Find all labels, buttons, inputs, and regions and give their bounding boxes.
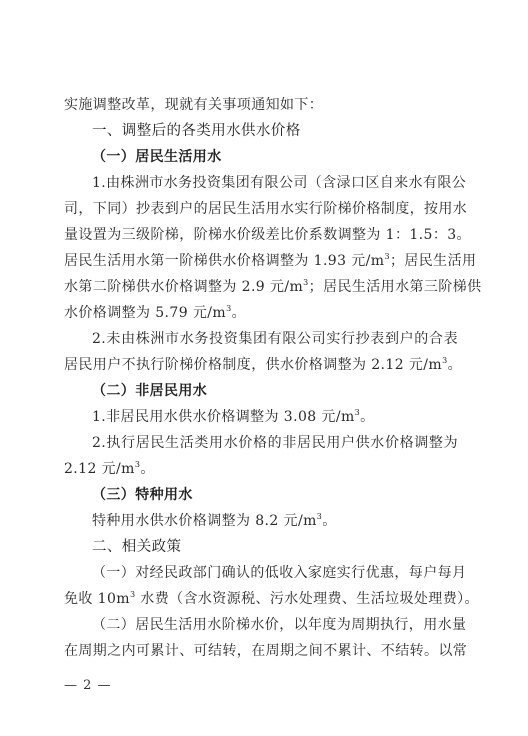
paragraph-line: 水价格调整为 5.79 元/m3。: [64, 300, 458, 326]
text-run: 。: [140, 461, 154, 477]
text-run: ；居民生活用水第三阶梯供: [309, 279, 482, 295]
section-heading-2: 二、相关政策: [64, 534, 458, 560]
text-run: 。: [232, 305, 246, 321]
paragraph-line: （一）对经民政部门确认的低收入家庭实行优惠，每户每月: [64, 560, 458, 586]
paragraph-line: 司，下同）抄表到户的居民生活用水实行阶梯价格制度，按用水: [64, 196, 458, 222]
document-page: 实施调整改革，现就有关事项通知如下： 一、调整后的各类用水供水价格 （一）居民生…: [0, 0, 528, 736]
text-run: 。: [448, 357, 462, 373]
paragraph-line: 居民生活用水第一阶梯供水价格调整为 1.93 元/m3；居民生活用: [64, 248, 458, 274]
subsection-heading-residential: （一）居民生活用水: [64, 144, 458, 170]
paragraph-line: 2.未由株洲市水务投资集团有限公司实行抄表到户的合表: [64, 326, 458, 352]
text-run: 水第二阶梯供水价格调整为 2.9 元/m: [64, 279, 303, 295]
paragraph-line: 1.非居民用水供水价格调整为 3.08 元/m3。: [64, 404, 458, 430]
paragraph-line: （二）居民生活用水阶梯水价，以年度为周期执行，用水量: [64, 612, 458, 638]
text-run: 特种用水供水价格调整为 8.2 元/m: [92, 513, 317, 529]
text-run: 水价格调整为 5.79 元/m: [64, 305, 226, 321]
paragraph-line: 水第二阶梯供水价格调整为 2.9 元/m3；居民生活用水第三阶梯供: [64, 274, 458, 300]
document-body: 实施调整改革，现就有关事项通知如下： 一、调整后的各类用水供水价格 （一）居民生…: [64, 92, 458, 664]
text-run: 。: [360, 409, 374, 425]
subsection-heading-nonresidential: （二）非居民用水: [64, 378, 458, 404]
text-run: 水费（含水资源税、污水处理费、生活垃圾处理费）。: [135, 591, 478, 607]
paragraph-line: 特种用水供水价格调整为 8.2 元/m3。: [64, 508, 458, 534]
intro-line: 实施调整改革，现就有关事项通知如下：: [64, 92, 458, 118]
text-run: 居民用户不执行阶梯价格制度，供水价格调整为 2.12 元/m: [64, 357, 442, 373]
text-run: 2.12 元/m: [64, 461, 135, 477]
text-run: 。: [322, 513, 336, 529]
text-run: 免收 10m: [64, 591, 130, 607]
text-run: 1.非居民用水供水价格调整为 3.08 元/m: [92, 409, 355, 425]
paragraph-line: 在周期之内可累计、可结转，在周期之间不累计、不结转。以常: [64, 638, 458, 664]
subsection-heading-special: （三）特种用水: [64, 482, 458, 508]
text-run: 居民生活用水第一阶梯供水价格调整为 1.93 元/m: [64, 253, 384, 269]
paragraph-line: 居民用户不执行阶梯价格制度，供水价格调整为 2.12 元/m3。: [64, 352, 458, 378]
paragraph-line: 2.执行居民生活类用水价格的非居民用户供水价格调整为: [64, 430, 458, 456]
paragraph-line: 1.由株洲市水务投资集团有限公司（含渌口区自来水有限公: [64, 170, 458, 196]
text-run: ；居民生活用: [390, 253, 476, 269]
paragraph-line: 2.12 元/m3。: [64, 456, 458, 482]
page-number: — 2 —: [64, 678, 112, 693]
section-heading-1: 一、调整后的各类用水供水价格: [64, 118, 458, 144]
paragraph-line: 量设置为三级阶梯，阶梯水价级差比价系数调整为 1：1.5：3。: [64, 222, 458, 248]
paragraph-line: 免收 10m3 水费（含水资源税、污水处理费、生活垃圾处理费）。: [64, 586, 458, 612]
